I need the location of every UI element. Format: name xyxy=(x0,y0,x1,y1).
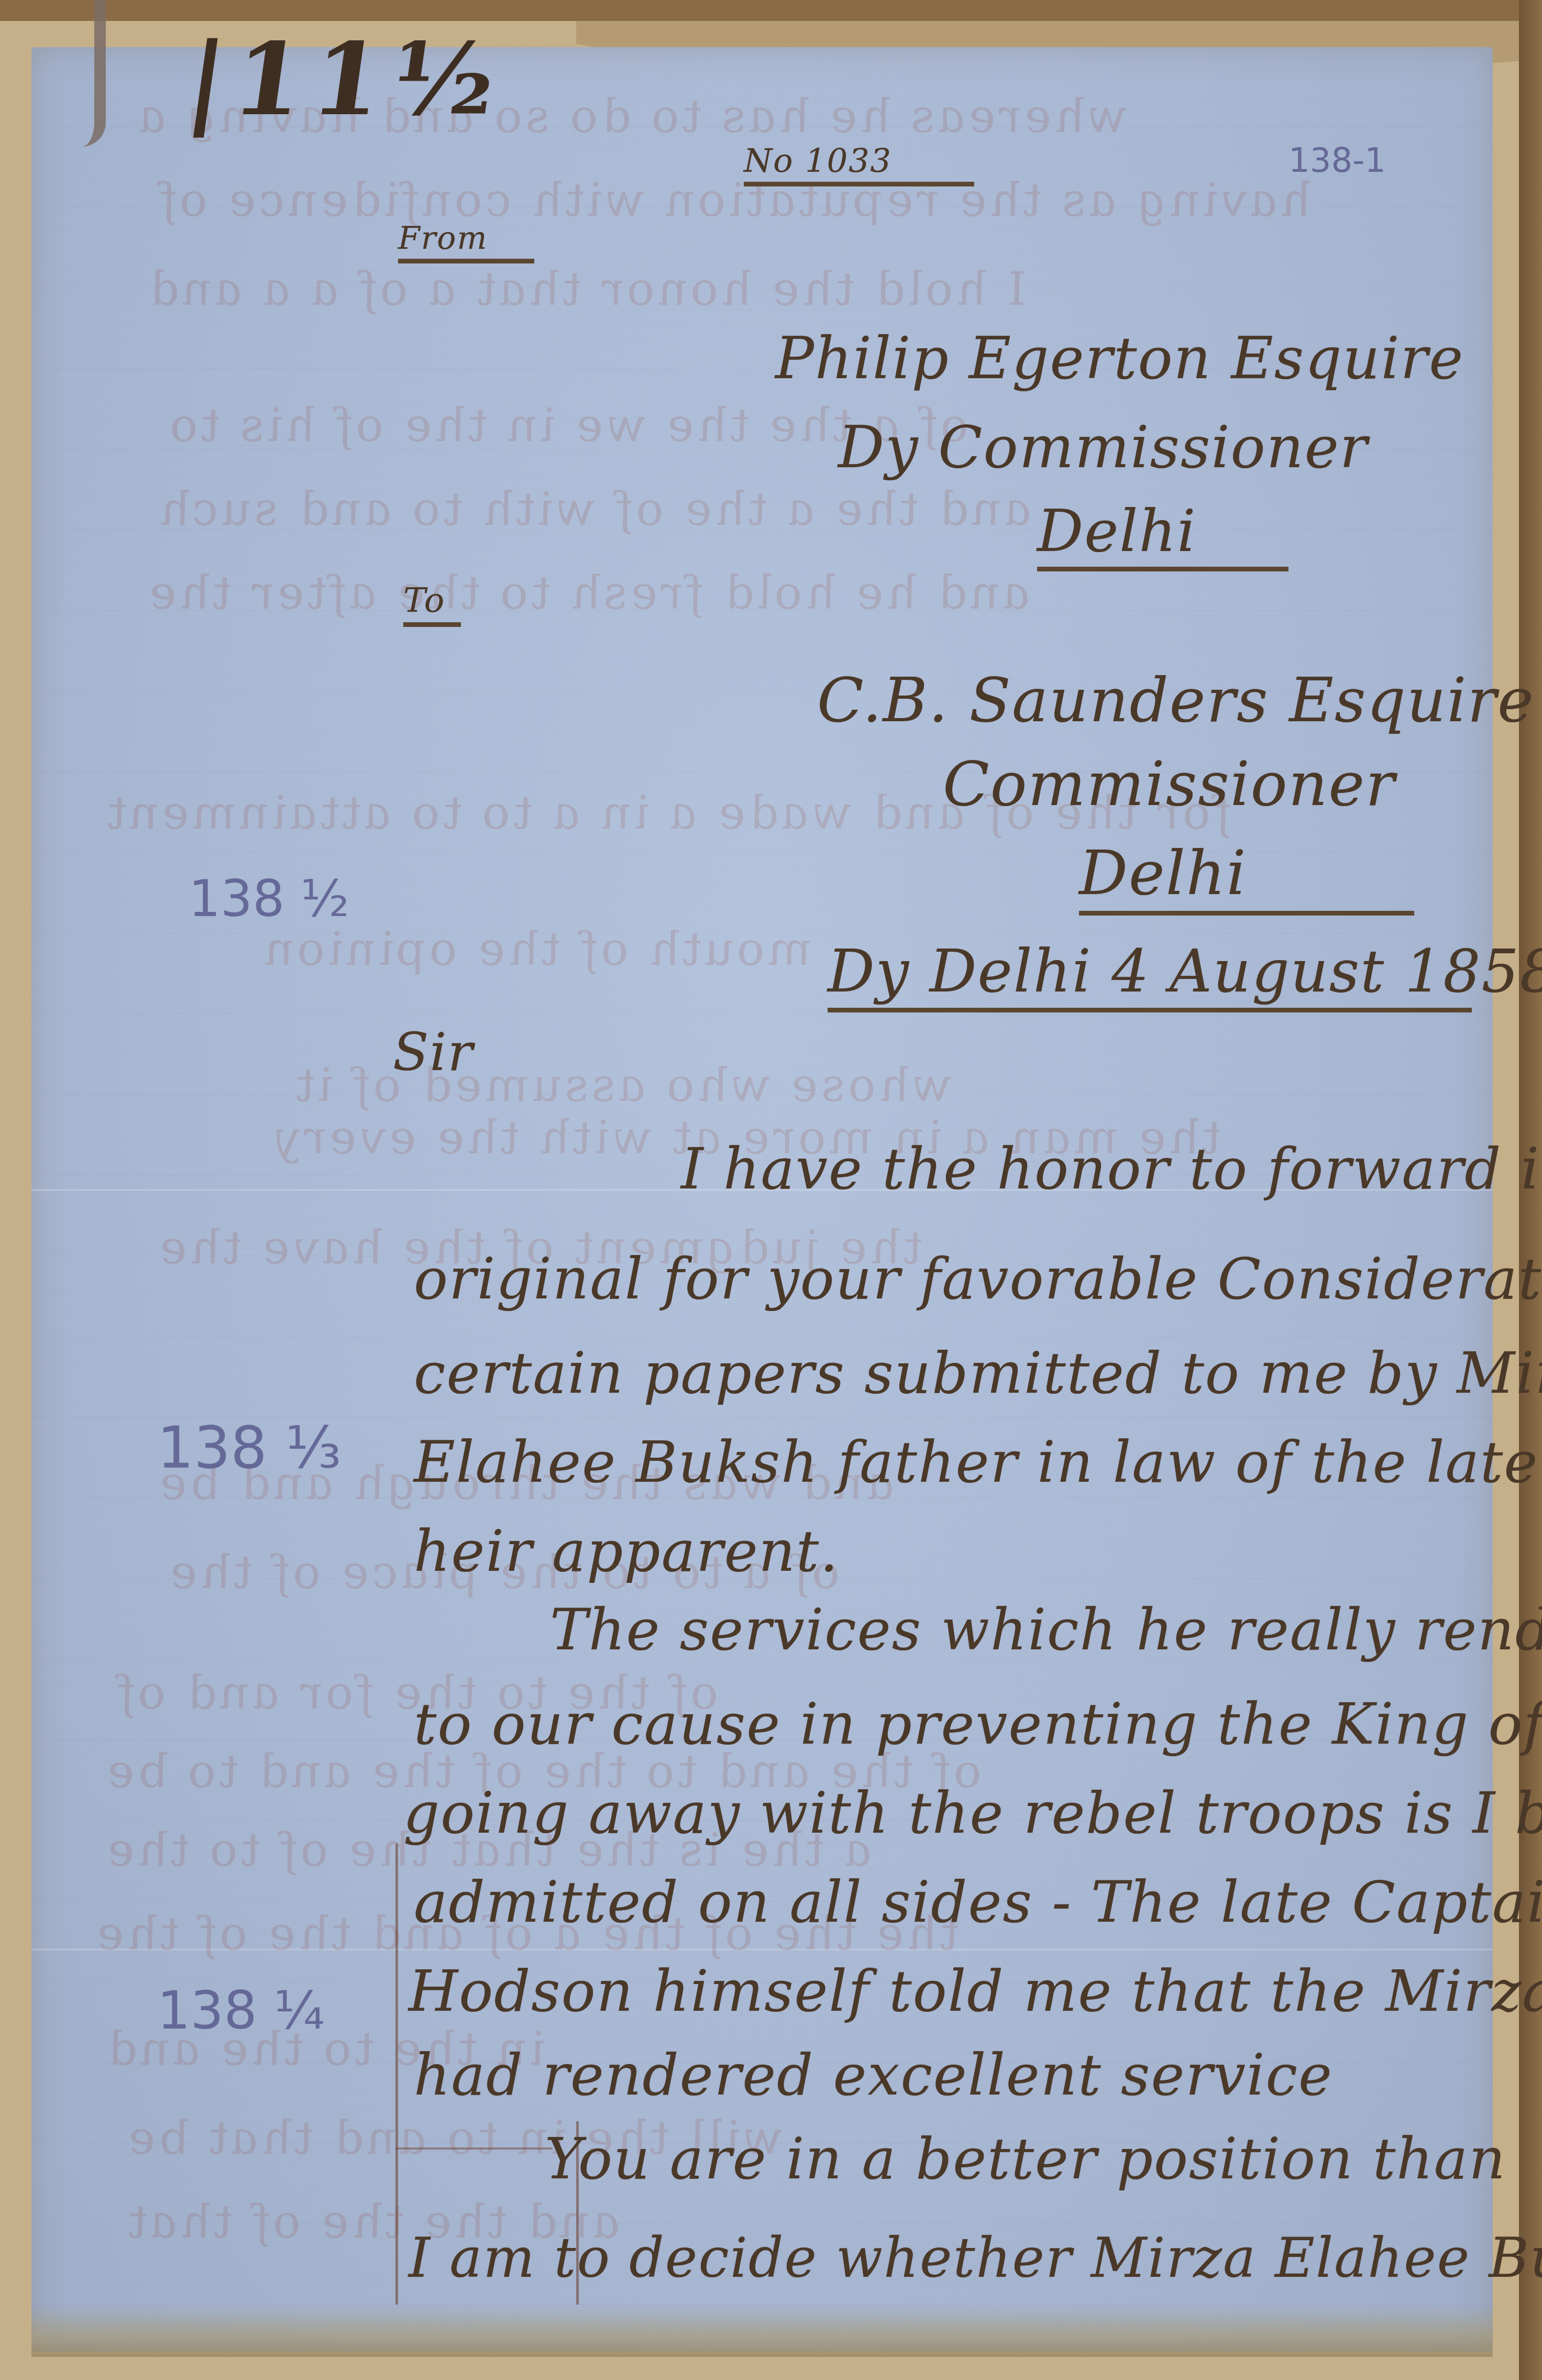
water-stain xyxy=(31,2305,1493,2357)
sender-name: Philip Egerton Esquire xyxy=(775,325,1464,392)
folio-number-pencil: 138-1 xyxy=(1288,141,1386,180)
body-line: I have the honor to forward in xyxy=(681,1137,1542,1202)
margin-folio-number: 138 ⅓ xyxy=(157,1414,342,1481)
body-line: certain papers submitted to me by Mirza xyxy=(414,1341,1542,1406)
margin-folio-number: 138 ½ xyxy=(189,869,349,928)
binding-string xyxy=(58,0,106,147)
body-line: You are in a better position than xyxy=(545,2126,1506,2192)
body-line: to our cause in preventing the King of D… xyxy=(414,1692,1542,1757)
body-line: heir apparent. xyxy=(414,1519,839,1584)
salutation: Sir xyxy=(393,1021,473,1083)
margin-folio-number: 138 ¼ xyxy=(157,1980,325,2041)
body-line: going away with the rebel troops is I be… xyxy=(403,1781,1542,1846)
sender-title: Dy Commissioner xyxy=(838,414,1368,481)
to-label: To xyxy=(403,581,461,627)
recipient-name: C.B. Saunders Esquire xyxy=(817,665,1535,736)
sender-place: Delhi xyxy=(1037,498,1288,571)
letter-number: No 1033 xyxy=(744,141,974,186)
body-line: original for your favorable Consideratio… xyxy=(414,1247,1542,1312)
body-line: Hodson himself told me that the Mirza xyxy=(409,1959,1542,2024)
body-line: Elahee Buksh father in law of the late xyxy=(414,1430,1538,1495)
body-line: had rendered excellent service xyxy=(414,2043,1333,2108)
body-line: The services which he really rendered xyxy=(550,1597,1542,1663)
body-line: I am to decide whether Mirza Elahee Buks… xyxy=(409,2226,1542,2290)
from-label: From xyxy=(398,220,534,263)
recipient-place: Delhi xyxy=(1079,838,1414,916)
dateline: Dy Delhi 4 August 1858 xyxy=(828,938,1472,1012)
body-line: admitted on all sides - The late Captain xyxy=(414,1870,1542,1935)
margin-rule-line xyxy=(395,2147,553,2150)
folio-tally-marks: |11½ xyxy=(180,21,513,138)
margin-rule-line xyxy=(395,1844,398,2305)
recipient-title: Commissioner xyxy=(943,749,1396,820)
